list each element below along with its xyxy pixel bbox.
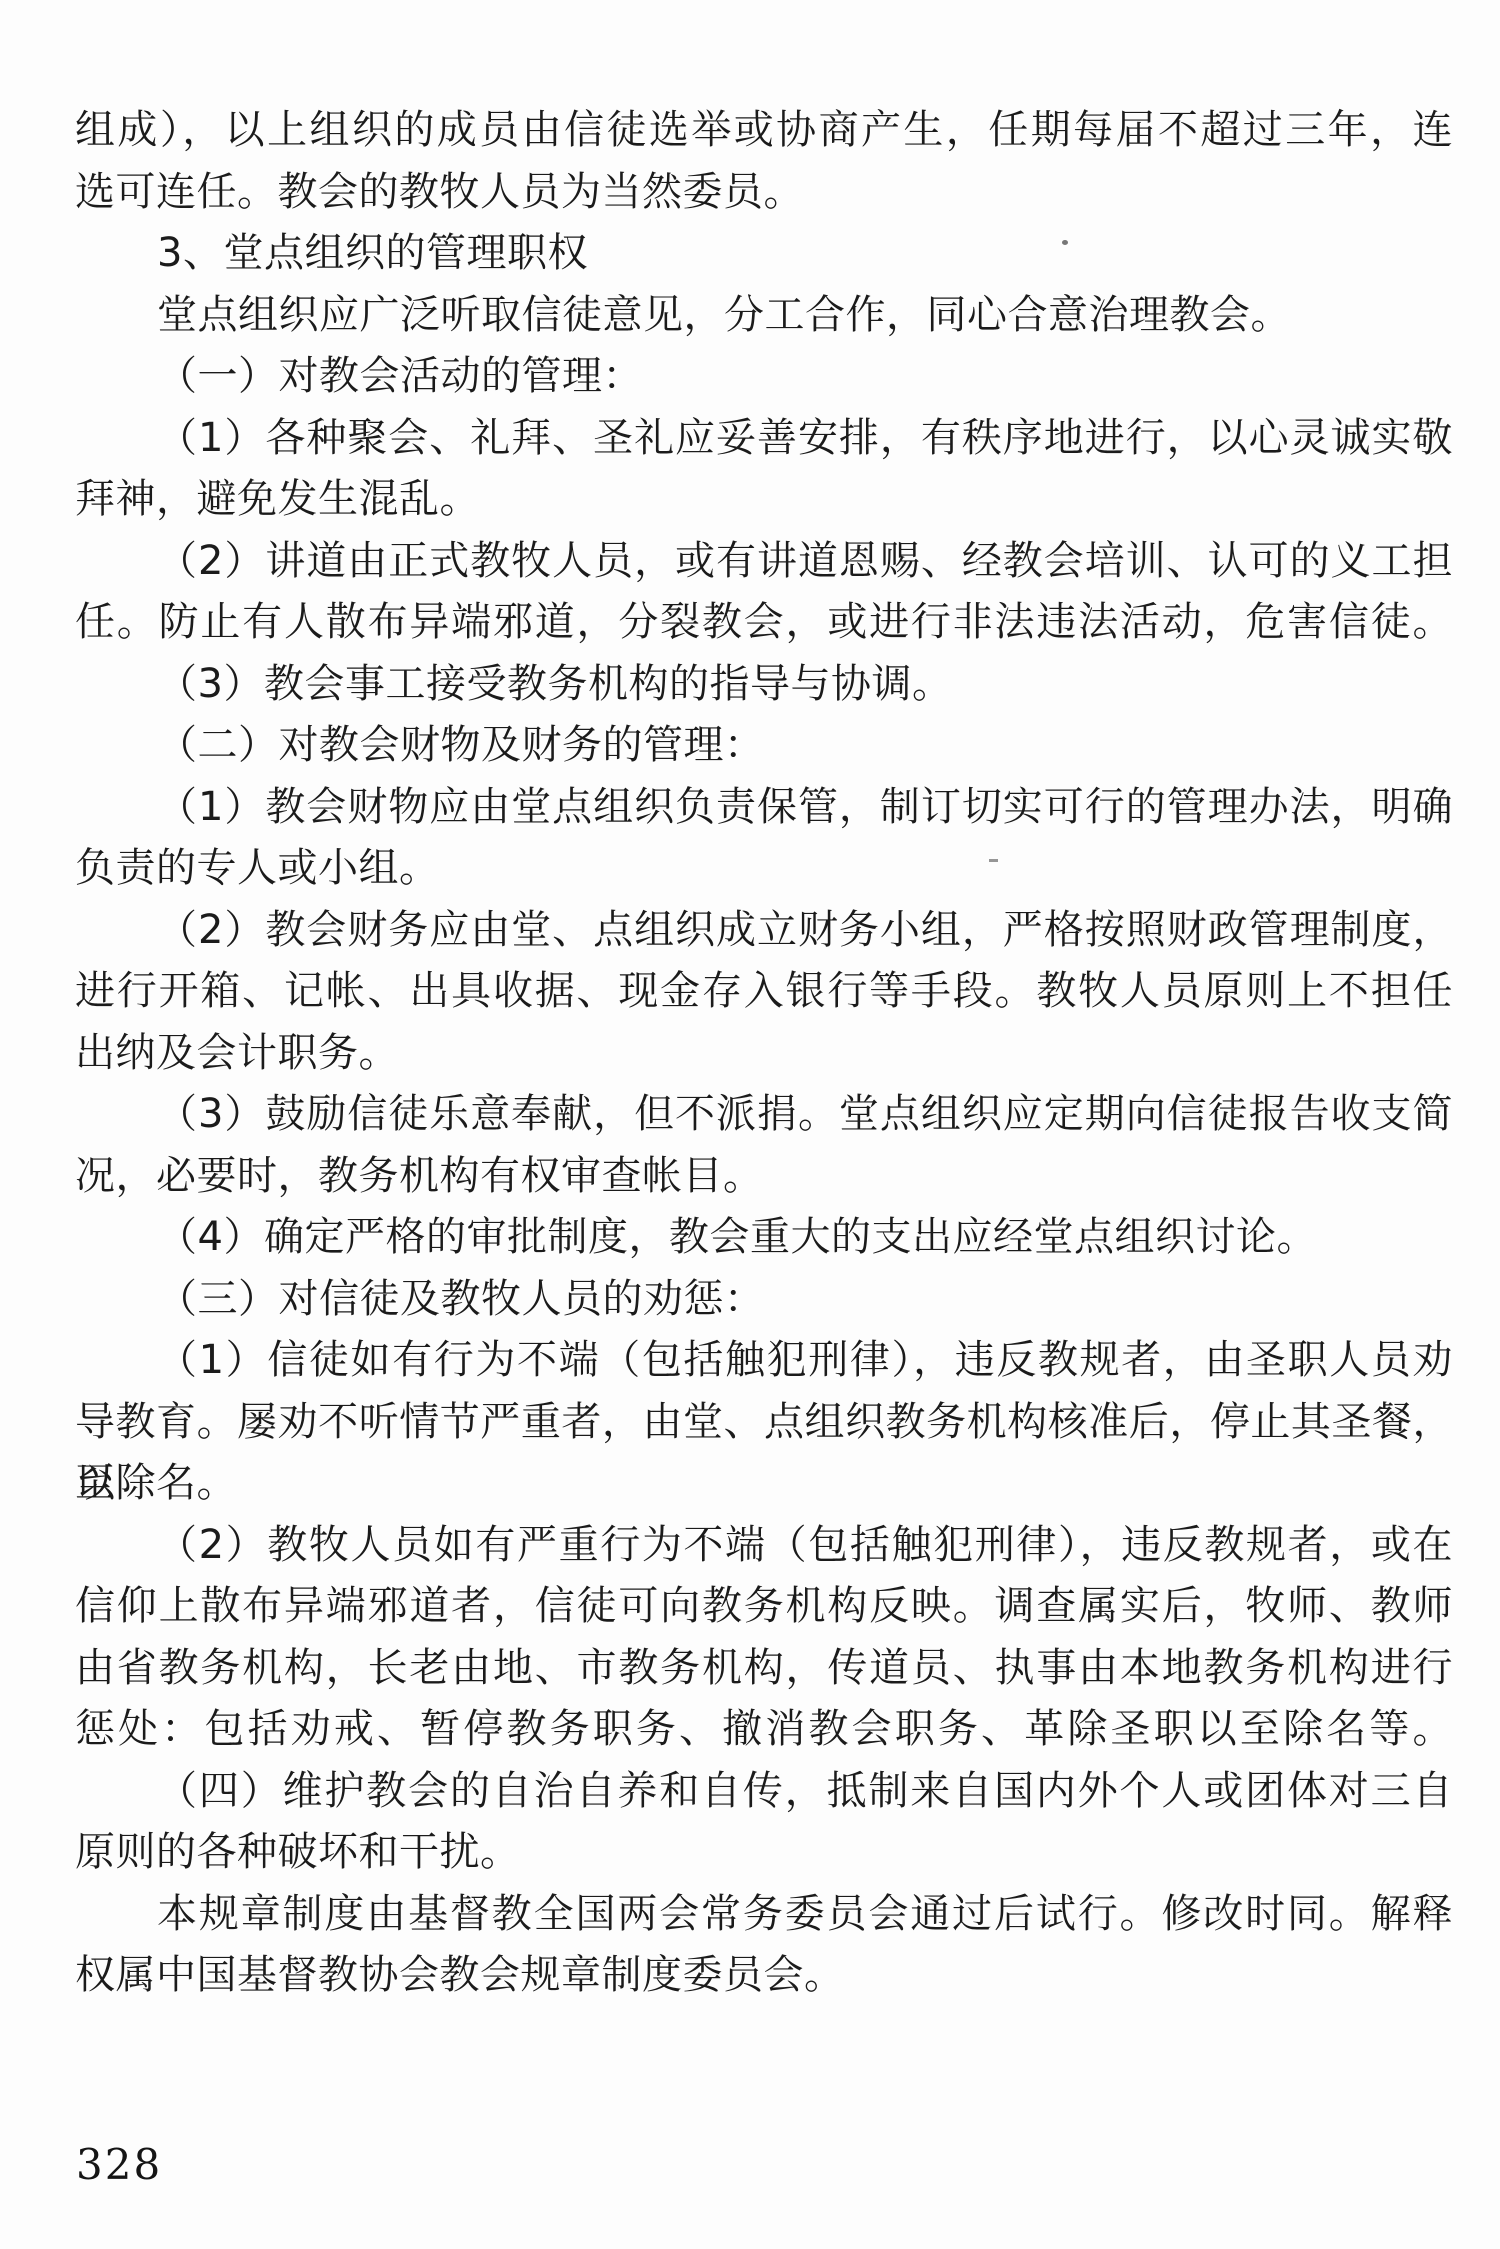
text-line: （3）鼓励信徒乐意奉献，但不派捐。堂点组织应定期向信徒报告收支简 [75,1084,1453,1146]
text-line: （2）教会财务应由堂、点组织成立财务小组，严格按照财政管理制度， [75,900,1453,962]
text-line: （2）讲道由正式教牧人员，或有讲道恩赐、经教会培训、认可的义工担 [75,531,1453,593]
text-block: 组成），以上组织的成员由信徒选举或协商产生，任期每届不超过三年，连选可连任。教会… [75,100,1453,2007]
page-number: 328 [76,2140,162,2189]
text-line: 进行开箱、记帐、出具收据、现金存入银行等手段。教牧人员原则上不担任 [75,961,1453,1023]
text-line: 本规章制度由基督教全国两会常务委员会通过后试行。修改时同。解释 [75,1884,1453,1946]
document-page: 组成），以上组织的成员由信徒选举或协商产生，任期每届不超过三年，连选可连任。教会… [0,0,1500,2249]
text-line: 况，必要时，教务机构有权审查帐目。 [75,1146,1453,1208]
text-line: （一）对教会活动的管理： [75,346,1453,408]
text-line: 至除名。 [75,1453,1453,1515]
text-line: 权属中国基督教协会教会规章制度委员会。 [75,1945,1453,2007]
text-line: 任。防止有人散布异端邪道，分裂教会，或进行非法违法活动，危害信徒。 [75,592,1453,654]
text-line: （2）教牧人员如有严重行为不端（包括触犯刑律），违反教规者，或在 [75,1515,1453,1577]
text-line: 负责的专人或小组。 [75,838,1453,900]
text-line: （4）确定严格的审批制度，教会重大的支出应经堂点组织讨论。 [75,1207,1453,1269]
text-line: 出纳及会计职务。 [75,1023,1453,1085]
text-line: 原则的各种破坏和干扰。 [75,1822,1453,1884]
text-line: 堂点组织应广泛听取信徒意见，分工合作，同心合意治理教会。 [75,285,1453,347]
text-line: （三）对信徒及教牧人员的劝惩： [75,1269,1453,1331]
text-line: （二）对教会财物及财务的管理： [75,715,1453,777]
text-line: 惩处：包括劝戒、暂停教务职务、撤消教会职务、革除圣职以至除名等。 [75,1699,1453,1761]
text-line: （3）教会事工接受教务机构的指导与协调。 [75,654,1453,716]
text-line: （四）维护教会的自治自养和自传，抵制来自国内外个人或团体对三自 [75,1761,1453,1823]
text-line: 选可连任。教会的教牧人员为当然委员。 [75,162,1453,224]
text-line: （1）信徒如有行为不端（包括触犯刑律），违反教规者，由圣职人员劝 [75,1330,1453,1392]
text-line: 由省教务机构，长老由地、市教务机构，传道员、执事由本地教务机构进行 [75,1638,1453,1700]
text-line: 导教育。屡劝不听情节严重者，由堂、点组织教务机构核准后，停止其圣餐，以 [75,1392,1453,1454]
scan-speck-icon [1062,240,1068,245]
text-line: 信仰上散布异端邪道者，信徒可向教务机构反映。调查属实后，牧师、教师 [75,1576,1453,1638]
text-line: 3、堂点组织的管理职权 [75,223,1453,285]
text-line: 组成），以上组织的成员由信徒选举或协商产生，任期每届不超过三年，连 [75,100,1453,162]
text-line: （1）教会财物应由堂点组织负责保管，制订切实可行的管理办法，明确 [75,777,1453,839]
text-line: 拜神，避免发生混乱。 [75,469,1453,531]
scan-speck-icon [989,859,998,862]
text-line: （1）各种聚会、礼拜、圣礼应妥善安排，有秩序地进行，以心灵诚实敬 [75,408,1453,470]
